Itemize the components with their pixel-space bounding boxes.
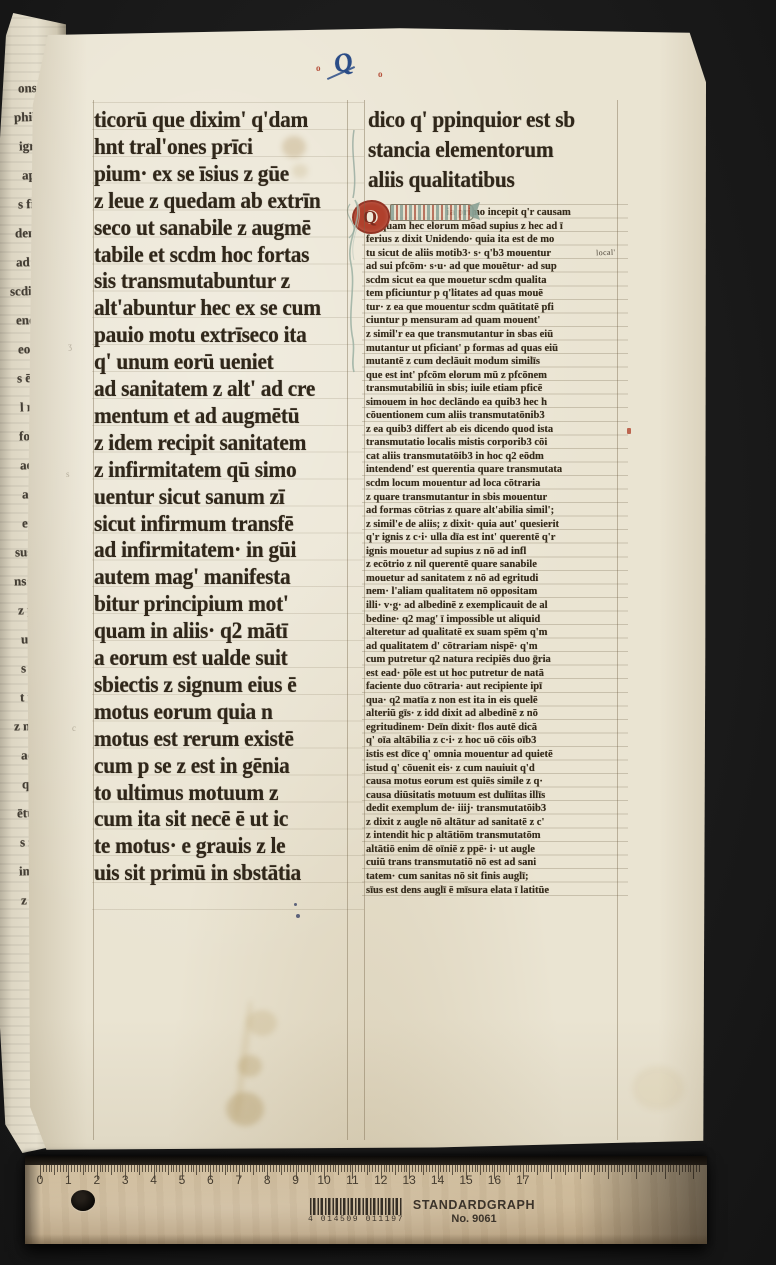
ruler-tick <box>247 1165 248 1172</box>
ruler-tick <box>364 1165 365 1172</box>
text-line: ticorū que dixim' q'dam <box>94 106 308 133</box>
margin-note: local' <box>596 248 616 258</box>
red-dot-mark: o <box>378 70 383 79</box>
ruler-tick <box>193 1165 194 1172</box>
ruler-tick <box>179 1165 180 1172</box>
ruler-tick <box>233 1165 234 1172</box>
ruler-tick <box>244 1165 245 1172</box>
text-line: sis transmutabuntur z <box>94 267 290 294</box>
text-line: z simil'r ea que transmutantur in sbas e… <box>366 328 553 342</box>
margin-scribble: ʒ <box>68 342 72 351</box>
ruler-tick <box>318 1165 319 1172</box>
ruler-tick <box>565 1165 566 1175</box>
text-line: tabile et scdm hoc fortas <box>94 241 309 268</box>
ruler-tick <box>472 1165 473 1172</box>
ruler-tick <box>457 1165 458 1172</box>
ruler-tick <box>145 1165 146 1172</box>
ruler-tick <box>321 1165 322 1172</box>
text-line: alt'abuntur hec ex se cum <box>94 294 321 321</box>
ruler-tick <box>446 1165 447 1172</box>
ruler-tick <box>506 1165 507 1172</box>
text-line: faciente duo cōtraria· aut recipiente ip… <box>366 680 542 694</box>
ruler-tick <box>483 1165 484 1172</box>
ruler-tick <box>83 1165 84 1175</box>
ruler-tick <box>71 1165 72 1172</box>
ruler-shadow <box>25 1234 707 1244</box>
ruler-tick <box>543 1165 544 1172</box>
text-line: que est int' pfcōm elorum mū z pfcōnem <box>366 369 547 383</box>
ruler-tick <box>327 1165 328 1172</box>
ruler-tick <box>520 1165 521 1172</box>
ruler-tick <box>475 1165 476 1172</box>
text-line: ciuntur p mensuram ad quam mouent' <box>366 314 540 328</box>
ruler-tick <box>551 1165 552 1179</box>
pen-flourish <box>338 126 370 376</box>
initial-ornament-band <box>390 204 474 221</box>
stain <box>292 164 308 178</box>
ruler: 01234567891011121314151617 4 014509 0111… <box>25 1156 707 1244</box>
ruler-tick <box>517 1165 518 1172</box>
ruler-tick <box>511 1165 512 1172</box>
ruler-tick <box>199 1165 200 1172</box>
text-line: z idem recipit sanitatem <box>94 429 306 456</box>
red-dot-mark: o <box>316 64 321 73</box>
ruler-tick <box>401 1165 402 1172</box>
ruler-tick <box>49 1165 50 1172</box>
text-line: hnt tral'ones prīci <box>94 133 253 160</box>
text-line: dico q' ppinquior est sb <box>368 106 575 133</box>
text-line: to ultimus motuum z <box>94 779 278 806</box>
text-line: istis est dīce q' omnia mouentur ad quie… <box>366 748 553 762</box>
ruler-number: 1 <box>65 1173 72 1187</box>
text-line: cum p se z est in gēnia <box>94 752 290 779</box>
ruler-tick <box>347 1165 348 1172</box>
ruler-tick <box>202 1165 203 1172</box>
ruler-tick <box>514 1165 515 1172</box>
ruler-tick <box>429 1165 430 1172</box>
text-line: ferius z dixit Unidendo· quia ita est de… <box>366 233 554 247</box>
text-line: motus est rerum existē <box>94 725 294 752</box>
ruler-tick <box>361 1165 362 1172</box>
text-line: dedit exemplum de· iiij· transmutatōib3 <box>366 802 546 816</box>
text-line: sbiectis z signum eius ē <box>94 671 296 698</box>
text-line: illi· v·g· ad albedinē z exemplicauit de… <box>366 599 548 613</box>
ruler-number: 6 <box>207 1173 214 1187</box>
ruler-tick <box>568 1165 569 1172</box>
ruler-tick <box>142 1165 143 1172</box>
ruler-tick <box>395 1165 396 1175</box>
text-line: scdm sicut ea que mouetur scdm qualita <box>366 274 547 288</box>
text-line: pp quam hec elorum mōad supius z hec ad … <box>366 220 563 234</box>
text-line: sicut infirmum transfē <box>94 510 293 537</box>
ruler-number: 11 <box>346 1173 358 1187</box>
ruler-tick <box>236 1165 237 1172</box>
ruler-tick <box>242 1165 243 1172</box>
ruler-tick <box>290 1165 291 1172</box>
ruler-number: 4 <box>150 1173 157 1187</box>
text-line: a eorum est ualde suit <box>94 644 287 671</box>
text-line: bitur principium mot' <box>94 590 289 617</box>
text-line: scdm locum mouentur ad loca cōtraria <box>366 477 540 491</box>
ruling-line-vertical <box>347 100 348 1140</box>
text-line: egritudinem· Deīn dixit· flos autē dicā <box>366 721 537 735</box>
ruler-tick <box>412 1165 413 1172</box>
text-line: sīus est dens auglī ē mīsura elata ī lat… <box>366 884 549 898</box>
ruler-brand: STANDARDGRAPH <box>409 1199 539 1212</box>
text-line: z ecōtrio z nil querentē quare sanabile <box>366 558 537 572</box>
ruler-tick <box>253 1165 254 1175</box>
ruler-tick <box>503 1165 504 1172</box>
ruler-tick <box>426 1165 427 1172</box>
ruler-tick <box>293 1165 294 1172</box>
text-line: ad infirmitatem· in gūi <box>94 536 296 563</box>
ruler-tick <box>341 1165 342 1172</box>
ruler-tick <box>546 1165 547 1172</box>
text-line: ad formas cōtrias z quare alt'abilia sim… <box>366 504 554 518</box>
ruler-tick <box>406 1165 407 1172</box>
ruler-tick <box>196 1165 197 1175</box>
ruler-number: 8 <box>264 1173 271 1187</box>
ruler-number: 3 <box>122 1173 129 1187</box>
text-line: seco ut sanabile z augmē <box>94 214 311 241</box>
ruler-tick <box>108 1165 109 1172</box>
ruler-tick <box>51 1165 52 1172</box>
text-line: causa motus eorum est quiēs simile z q· <box>366 775 543 789</box>
ruler-tick <box>156 1165 157 1172</box>
ruler-tick <box>120 1165 121 1172</box>
ruler-tick <box>338 1165 339 1175</box>
ruler-tick <box>100 1165 101 1172</box>
text-line: stancia elementorum <box>368 136 553 163</box>
text-line: cat aliis transmutatōib3 in hoc q2 eōdm <box>366 450 544 464</box>
stain <box>238 1055 262 1077</box>
ink-speck <box>296 914 300 918</box>
text-line: nem· l'aliam qualitatem nō oppositam <box>366 585 537 599</box>
text-line: transmutabiliū in sbis; iuile etiam pfic… <box>366 382 542 396</box>
ruler-tick <box>344 1165 345 1172</box>
ruler-tick <box>375 1165 376 1172</box>
ruler-tick <box>171 1165 172 1172</box>
ruler-tick <box>531 1165 532 1172</box>
ruler-tick <box>273 1165 274 1172</box>
ruler-tick <box>384 1165 385 1172</box>
ruler-number: 15 <box>459 1173 472 1187</box>
ruler-tick <box>191 1165 192 1172</box>
stain <box>247 1010 277 1036</box>
ruler-tick <box>500 1165 501 1172</box>
text-line: mutantur ut pficiant' p formas ad quas e… <box>366 342 558 356</box>
ruler-tick <box>537 1165 538 1175</box>
ruler-tick <box>378 1165 379 1172</box>
text-line: altātiō enim dē oīniē z ppē· i· ut augle <box>366 843 535 857</box>
ruler-tick <box>102 1165 103 1172</box>
text-line: tatem· cum sanitas nō sit finis auglī; <box>366 870 529 884</box>
ruler-tick <box>165 1165 166 1172</box>
ruler-tick <box>225 1165 226 1175</box>
ruler-number: 16 <box>488 1173 501 1187</box>
ruler-tick <box>404 1165 405 1172</box>
text-line: z intendit hic p altātiōm transmutatōm <box>366 829 541 843</box>
text-line: q' oīa altābilia z c·i· z hoc uō cōis oī… <box>366 734 536 748</box>
ruler-tick <box>216 1165 217 1172</box>
text-line: ignis mouetur ad supius z nō ad infl <box>366 545 526 559</box>
ruler-tick <box>46 1165 47 1172</box>
ruler-tick <box>264 1165 265 1172</box>
ruler-tick <box>443 1165 444 1172</box>
ruler-tick <box>188 1165 189 1172</box>
text-line: quam in aliis· q2 mātī <box>94 617 288 644</box>
text-line: ad sui pfcōm· s·u· ad que mouētur· ad su… <box>366 260 557 274</box>
ruler-tick <box>74 1165 75 1172</box>
ruler-tick <box>528 1165 529 1172</box>
ruler-tick <box>480 1165 481 1175</box>
text-line: cum ita sit necē ē ut ic <box>94 805 288 832</box>
ruler-tick <box>137 1165 138 1172</box>
text-line: pium· ex se īsius z gūe <box>94 160 289 187</box>
text-line: causa diūsitatis motuum est dulīitas ill… <box>366 789 545 803</box>
ruler-tick <box>463 1165 464 1172</box>
ruler-tick <box>114 1165 115 1172</box>
ruler-tick <box>304 1165 305 1172</box>
ruler-number: 12 <box>374 1173 387 1187</box>
ruler-tick <box>497 1165 498 1172</box>
ruler-tick <box>85 1165 86 1172</box>
ruler-number: 9 <box>292 1173 299 1187</box>
ruler-tick <box>173 1165 174 1172</box>
ruler-tick <box>486 1165 487 1172</box>
ruler-tick <box>330 1165 331 1172</box>
ruler-tick <box>449 1165 450 1172</box>
ruler-tick <box>440 1165 441 1172</box>
text-line: cōuentionem cum aliis transmutatōnib3 <box>366 409 545 423</box>
ruler-tick <box>159 1165 160 1172</box>
ruler-tick <box>372 1165 373 1172</box>
ruling-line-vertical <box>93 100 94 1140</box>
ruler-tick <box>477 1165 478 1172</box>
text-line: uis sit primū in sbstātia <box>94 859 301 886</box>
ruler-model: No. 9061 <box>409 1213 539 1225</box>
stain <box>632 1066 684 1110</box>
text-line: cuiū trans transmutatiō nō est ad sani <box>366 856 536 870</box>
text-line: ad qualitatem d' cōtrariam nispē· q'm <box>366 640 538 654</box>
ruler-tick <box>270 1165 271 1172</box>
ruler-tick <box>259 1165 260 1172</box>
text-line: cum putretur q2 natura recipiēs duo ḡria <box>366 653 551 667</box>
text-line: z leue z quedam ab extrīn <box>94 187 321 214</box>
text-line: z quare transmutantur in sbis mouentur <box>366 491 547 505</box>
ruler-shadow <box>25 1156 41 1244</box>
ruler-tick <box>415 1165 416 1172</box>
text-line: mentum et ad augmētū <box>94 402 299 429</box>
ruler-number: 7 <box>235 1173 242 1187</box>
text-line: est ead· pōle est ut hoc putretur de nat… <box>366 667 544 681</box>
ruler-tick <box>307 1165 308 1172</box>
ruler-tick <box>88 1165 89 1172</box>
ruler-tick <box>398 1165 399 1172</box>
ruler-tick <box>313 1165 314 1172</box>
ruler-tick <box>162 1165 163 1172</box>
ruler-tick <box>148 1165 149 1172</box>
ruler-tick <box>489 1165 490 1172</box>
ruler-tick <box>91 1165 92 1172</box>
margin-scribble: c <box>72 724 76 733</box>
ruler-tick <box>219 1165 220 1172</box>
ruler-tick <box>208 1165 209 1172</box>
ruler-tick <box>131 1165 132 1172</box>
ruler-tick <box>139 1165 140 1175</box>
ruler-tick <box>122 1165 123 1172</box>
ruler-tick <box>557 1165 558 1172</box>
ruling-line-vertical <box>617 100 618 1140</box>
ruler-barcode <box>310 1198 402 1215</box>
ruler-tick <box>554 1165 555 1172</box>
ruler-tick <box>333 1165 334 1172</box>
ruler-tick <box>151 1165 152 1172</box>
text-line: aliis qualitatibus <box>368 166 515 193</box>
ruler-number: 10 <box>317 1173 330 1187</box>
text-line: transmutatio localis mistis corporib3 cō… <box>366 436 547 450</box>
text-line: z infirmitatem qū simo <box>94 456 296 483</box>
ruler-tick <box>310 1165 311 1175</box>
text-line: z ea quib3 differt ab eis dicendo quod i… <box>366 423 553 437</box>
text-line: uentur sicut sanum zī <box>94 483 284 510</box>
ruler-number: 2 <box>93 1173 100 1187</box>
ruler-tick <box>421 1165 422 1172</box>
ruler-tick <box>60 1165 61 1172</box>
text-line: pauio motu extrīseco ita <box>94 321 307 348</box>
ruler-tick <box>256 1165 257 1172</box>
ruler-tick <box>63 1165 64 1172</box>
ruler-tick <box>262 1165 263 1172</box>
ruler-tick <box>335 1165 336 1172</box>
ruler-tick <box>492 1165 493 1172</box>
text-line: te motus· e grauis z le <box>94 832 285 859</box>
ruler-tick <box>276 1165 277 1172</box>
ruler-tick <box>176 1165 177 1172</box>
ruler-tick <box>298 1165 299 1172</box>
text-line: simouem in hoc declāndo ea quib3 hec h <box>366 396 547 410</box>
ruler-tick <box>369 1165 370 1172</box>
text-line: tem pficiuntur p q'litates ad quas mouē <box>366 287 543 301</box>
ruler-tick <box>571 1165 572 1172</box>
ruler-tick <box>469 1165 470 1172</box>
manuscript-photo: ons laūphibentigriantapienss filo lēdem … <box>0 0 776 1265</box>
ruler-tick <box>540 1165 541 1172</box>
ruler-tick <box>57 1165 58 1172</box>
ruler-hole <box>71 1190 95 1211</box>
ruler-tick <box>213 1165 214 1172</box>
ruler-tick <box>392 1165 393 1172</box>
ruler-number: 14 <box>431 1173 444 1187</box>
ruler-tick <box>80 1165 81 1172</box>
ruler-tick <box>534 1165 535 1172</box>
text-line: z simil'e de aliis; z dixit· quia aut' q… <box>366 518 559 532</box>
text-line: z dixit z augle nō altātur ad sanitatē z… <box>366 816 544 830</box>
ruler-tick <box>455 1165 456 1172</box>
text-line: q' unum eorū ueniet <box>94 348 274 375</box>
ruler-tick <box>134 1165 135 1172</box>
text-line: intendend' est querentia quare transmuta… <box>366 463 562 477</box>
text-line: bedine· q2 mag' ī impossible ut aliquid <box>366 613 540 627</box>
ruler-tick <box>111 1165 112 1175</box>
text-line: qua· q2 matīa z non est ita in eis quelē <box>366 694 538 708</box>
ruler-number: 17 <box>516 1173 529 1187</box>
ruler-tick <box>435 1165 436 1172</box>
ruler-tick <box>43 1165 44 1172</box>
ruler-tick <box>418 1165 419 1172</box>
text-line: mouetur ad sanitatem z nō ad egritudi <box>366 572 538 586</box>
ruler-tick <box>54 1165 55 1175</box>
ruler-tick <box>509 1165 510 1175</box>
ruler-tick <box>386 1165 387 1172</box>
ruler-barcode-digits: 4 014509 011197 <box>301 1215 411 1224</box>
ruler-tick <box>227 1165 228 1172</box>
margin-scribble: s <box>66 470 70 479</box>
text-line: alteriū gīs· z idd dixit ad albedinē z n… <box>366 707 538 721</box>
ruler-tick <box>66 1165 67 1172</box>
text-line: tur· z ea que mouentur scdm quātitatē pf… <box>366 301 554 315</box>
ruler-tick <box>452 1165 453 1175</box>
ruler-tick <box>168 1165 169 1175</box>
ruler-number: 5 <box>179 1173 186 1187</box>
text-line: autem mag' manifesta <box>94 563 290 590</box>
manuscript-page: Q o o ticorū que dixim' q'damhnt tral'on… <box>26 26 706 1152</box>
ruler-tick <box>94 1165 95 1172</box>
ruler-tick <box>315 1165 316 1172</box>
text-line: q'r ignis z c·i· ulla dīa est int' quere… <box>366 531 555 545</box>
text-line: motus eorum quia n <box>94 698 273 725</box>
ruler-number: 13 <box>403 1173 416 1187</box>
ruler-tick <box>105 1165 106 1172</box>
ruler-tick <box>284 1165 285 1172</box>
ruler-tick <box>526 1165 527 1172</box>
ink-speck <box>294 903 297 906</box>
ruler-tick <box>222 1165 223 1172</box>
ruler-tick <box>279 1165 280 1172</box>
ruler-shadow <box>577 1156 707 1244</box>
ruler-tick <box>432 1165 433 1172</box>
text-line: ad sanitatem z alt' ad cre <box>94 375 315 402</box>
ruler-tick <box>117 1165 118 1172</box>
ruler-tick <box>287 1165 288 1172</box>
red-margin-mark <box>627 428 631 434</box>
ruler-tick <box>560 1165 561 1172</box>
ruler-tick <box>389 1165 390 1172</box>
ruler-tick <box>574 1165 575 1172</box>
ruler-tick <box>301 1165 302 1172</box>
ruler-tick <box>350 1165 351 1172</box>
ruler-tick <box>367 1165 368 1175</box>
ruling-line-vertical <box>364 100 365 1140</box>
ruler-tick <box>230 1165 231 1172</box>
ruler-tick <box>460 1165 461 1172</box>
ruler-tick <box>205 1165 206 1172</box>
text-line: istud q' cōuenit eis· z cum nauiuit q'd <box>366 762 535 776</box>
text-line: alteretur ad qualitatē ex suam spēm q'm <box>366 626 547 640</box>
ruler-tick <box>548 1165 549 1172</box>
ruler-tick <box>358 1165 359 1172</box>
ruler-tick <box>423 1165 424 1175</box>
ruler-tick <box>77 1165 78 1172</box>
text-line: tu sicut de aliis motib3· s· q'b3 mouent… <box>366 247 551 261</box>
ruler-tick <box>128 1165 129 1172</box>
text-line: mutantē z cum declāuit modum similīs <box>366 355 540 369</box>
ruler-tick <box>281 1165 282 1175</box>
ruler-tick <box>250 1165 251 1172</box>
ruler-tick <box>355 1165 356 1172</box>
ruler-tick <box>185 1165 186 1172</box>
ruler-tick <box>563 1165 564 1172</box>
